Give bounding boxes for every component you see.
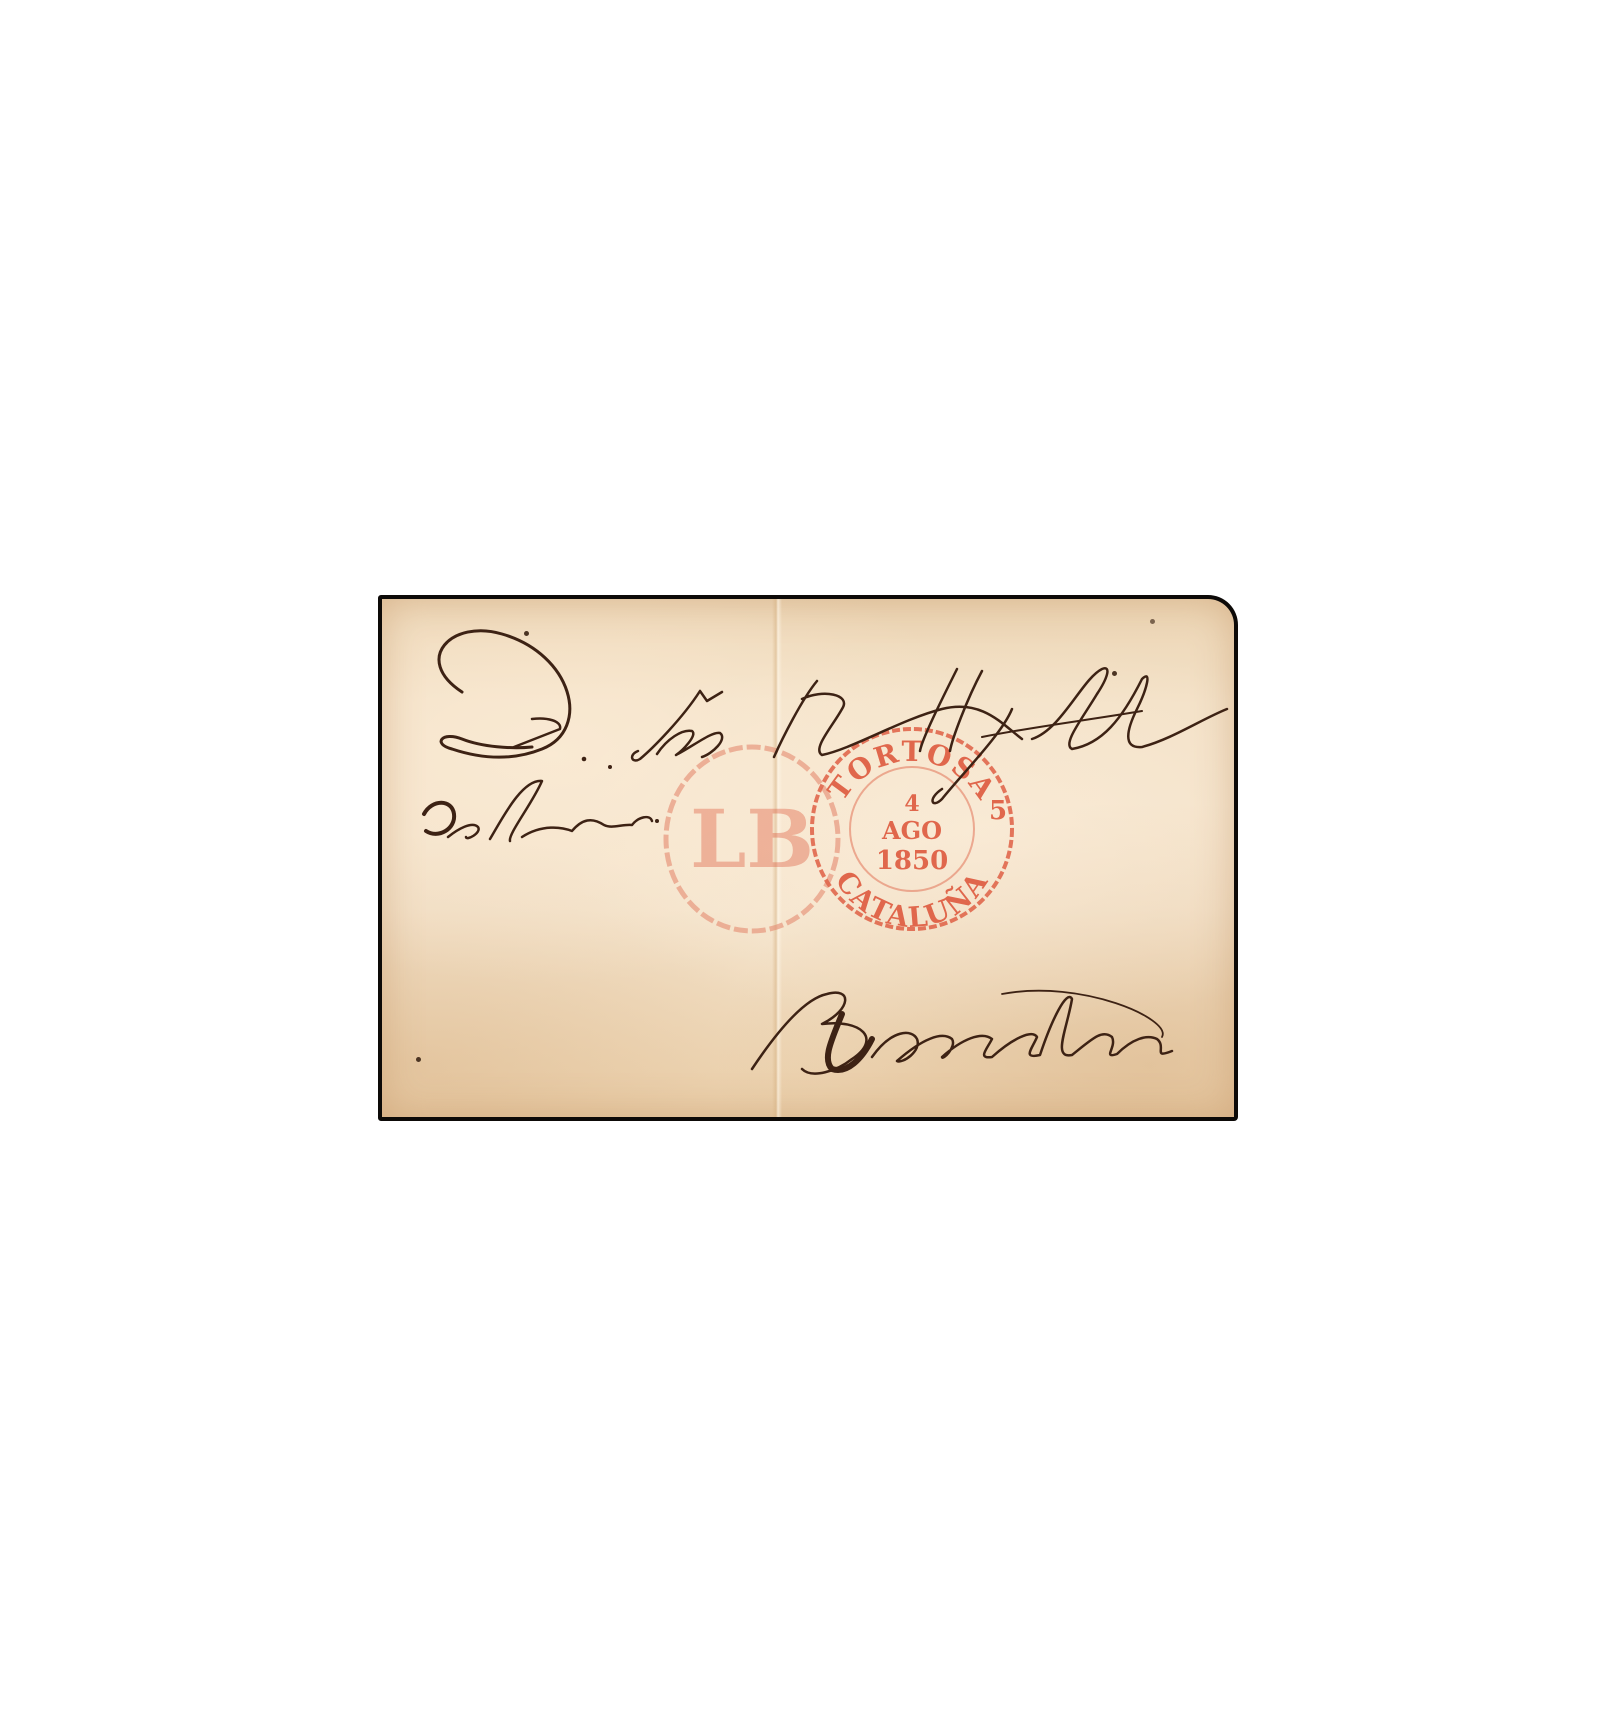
postal-cover: LB TORTOSA CATALUÑA 5 4 AGO 1850 — [378, 595, 1238, 1121]
svg-text:4: 4 — [904, 791, 919, 817]
svg-text:1850: 1850 — [876, 846, 948, 876]
handwriting-destination — [752, 991, 1172, 1074]
svg-text:5: 5 — [989, 796, 1007, 826]
svg-text:LB: LB — [690, 792, 814, 886]
tortosa-datestamp: TORTOSA CATALUÑA 5 4 AGO 1850 — [812, 729, 1012, 934]
svg-text:AGO: AGO — [881, 816, 942, 845]
cover-artwork: LB TORTOSA CATALUÑA 5 4 AGO 1850 — [382, 599, 1238, 1121]
handwriting-note — [424, 781, 659, 841]
